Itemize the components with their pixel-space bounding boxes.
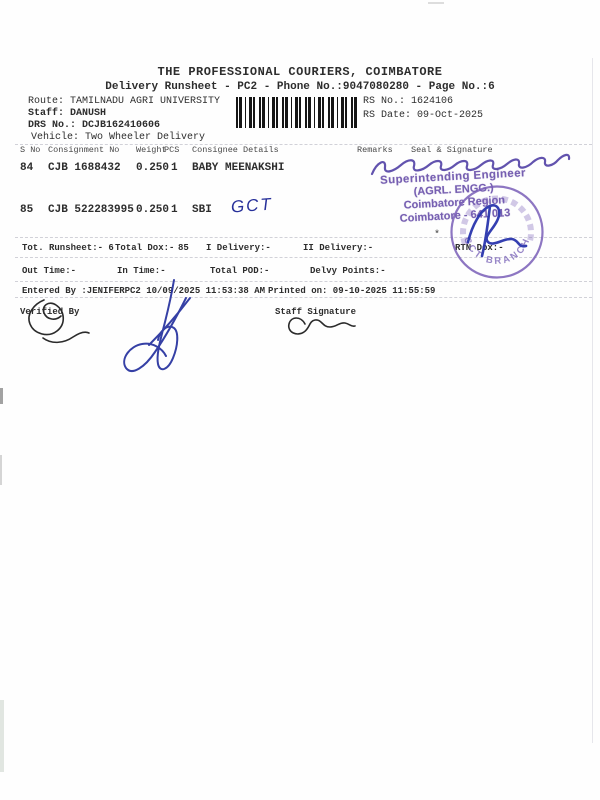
rtn-dox: RTN Dox:-: [455, 244, 504, 254]
second-delivery: II Delivery:-: [303, 244, 373, 254]
in-time: In Time:-: [117, 267, 166, 277]
scan-artifact: [0, 700, 4, 772]
col-header-pcs: PCS: [164, 146, 179, 155]
total-pod: Total POD:-: [210, 267, 269, 277]
total-dox-label: Total Dox:-: [115, 244, 174, 254]
table-row-cell-weight: 0.250: [136, 162, 169, 174]
scan-line: [15, 257, 592, 258]
table-row-cell-consignment: CJB 522283995: [48, 204, 134, 216]
table-row-cell-pcs: 1: [171, 162, 178, 174]
staff-signature-scribble: [289, 318, 355, 334]
verified-by-label: Verified By: [20, 308, 79, 318]
scan-edge-line: [592, 58, 593, 743]
vehicle-line: Vehicle: Two Wheeler Delivery: [31, 132, 205, 143]
total-runsheet: Tot. Runsheet:- 6: [22, 244, 114, 254]
table-row-cell-pcs: 1: [171, 204, 178, 216]
table-row-cell-consignee: SBI: [192, 204, 212, 216]
scan-line: [15, 297, 592, 298]
scan-line: [15, 281, 592, 282]
table-row-cell-sno: 84: [20, 162, 33, 174]
scan-artifact: [0, 455, 2, 485]
col-header-remarks: Remarks: [357, 146, 393, 155]
stray-ink-mark: *: [434, 230, 440, 241]
delivery-points: Delvy Points:-: [310, 267, 386, 277]
office-stamp: Superintending Engineer (AGRL. ENGG.) Co…: [367, 167, 541, 227]
barcode: [236, 97, 358, 128]
col-header-sno: S No: [20, 146, 40, 155]
entered-by-line: Entered By :JENIFERPC2 10/09/2025 11:53:…: [22, 287, 265, 297]
col-header-consignee: Consignee Details: [192, 146, 279, 155]
staff-signature-label: Staff Signature: [275, 308, 356, 318]
scan-artifact: [0, 388, 3, 404]
scan-line: [15, 237, 592, 238]
table-row-cell-sno: 85: [20, 204, 33, 216]
scan-artifact: [428, 2, 444, 4]
drs-no-line: DRS No.: DCJB162410606: [28, 120, 160, 131]
rs-date-line: RS Date: 09-Oct-2025: [363, 110, 483, 121]
table-row-cell-weight: 0.250: [136, 204, 169, 216]
col-header-seal: Seal & Signature: [411, 146, 493, 155]
first-delivery: I Delivery:-: [206, 244, 271, 254]
rs-no-line: RS No.: 1624106: [363, 96, 453, 107]
document-title: THE PROFESSIONAL COURIERS, COIMBATORE: [0, 66, 600, 79]
handwritten-remark: GCT: [230, 196, 273, 218]
document-subtitle: Delivery Runsheet - PC2 - Phone No.:9047…: [0, 81, 600, 93]
table-row-cell-consignment: CJB 1688432: [48, 162, 121, 174]
delivery-runsheet-document: THE PROFESSIONAL COURIERS, COIMBATORE De…: [0, 0, 600, 800]
staff-line: Staff: DANUSH: [28, 108, 106, 119]
col-header-consignment: Consignment No: [48, 146, 119, 155]
printed-on-line: Printed on: 09-10-2025 11:55:59: [268, 287, 435, 297]
out-time: Out Time:-: [22, 267, 76, 277]
route-line: Route: TAMILNADU AGRI UNIVERSITY: [28, 96, 220, 107]
table-row-cell-consignee: BABY MEENAKSHI: [192, 162, 284, 174]
total-dox-value: 85: [178, 244, 189, 254]
col-header-weight: Weight: [136, 146, 167, 155]
